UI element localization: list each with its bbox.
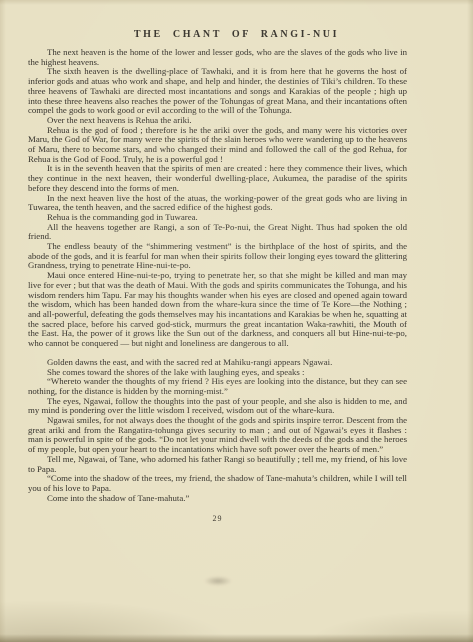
- paragraph: The eyes, Ngawai, follow the thoughts in…: [28, 397, 407, 416]
- text-section-1: The next heaven is the home of the lower…: [28, 48, 407, 349]
- paragraph: All the heavens together are Rangi, a so…: [28, 223, 407, 242]
- paragraph: The next heaven is the home of the lower…: [28, 48, 407, 67]
- paragraph: “Come into the shadow of the trees, my f…: [28, 474, 407, 493]
- paragraph: The endless beauty of the “shimmering ve…: [28, 242, 407, 271]
- paragraph: Ngawai smiles, for not always does the t…: [28, 416, 407, 455]
- text-section-2: Golden dawns the east, and with the sacr…: [28, 358, 407, 504]
- paragraph: Maui once entered Hine-nui-te-po, trying…: [28, 271, 407, 349]
- page-number: 29: [28, 514, 407, 524]
- paragraph: Tell me, Ngawai, of Tane, who adorned hi…: [28, 455, 407, 474]
- page-title: THE CHANT OF RANGI-NUI: [0, 0, 473, 40]
- paragraph: It is in the seventh heaven that the spi…: [28, 164, 407, 193]
- ink-smudge: [204, 576, 232, 586]
- book-page: THE CHANT OF RANGI-NUI The next heaven i…: [0, 0, 473, 642]
- paragraph: Come into the shadow of Tane-mahuta.”: [28, 494, 407, 504]
- paragraph: “Whereto wander the thoughts of my frien…: [28, 377, 407, 396]
- paragraph: The sixth heaven is the dwelling-place o…: [28, 67, 407, 116]
- page-body: The next heaven is the home of the lower…: [28, 48, 407, 524]
- paragraph: In the next heaven live the host of the …: [28, 194, 407, 213]
- paragraph: Rehua is the god of food ; therefore is …: [28, 126, 407, 165]
